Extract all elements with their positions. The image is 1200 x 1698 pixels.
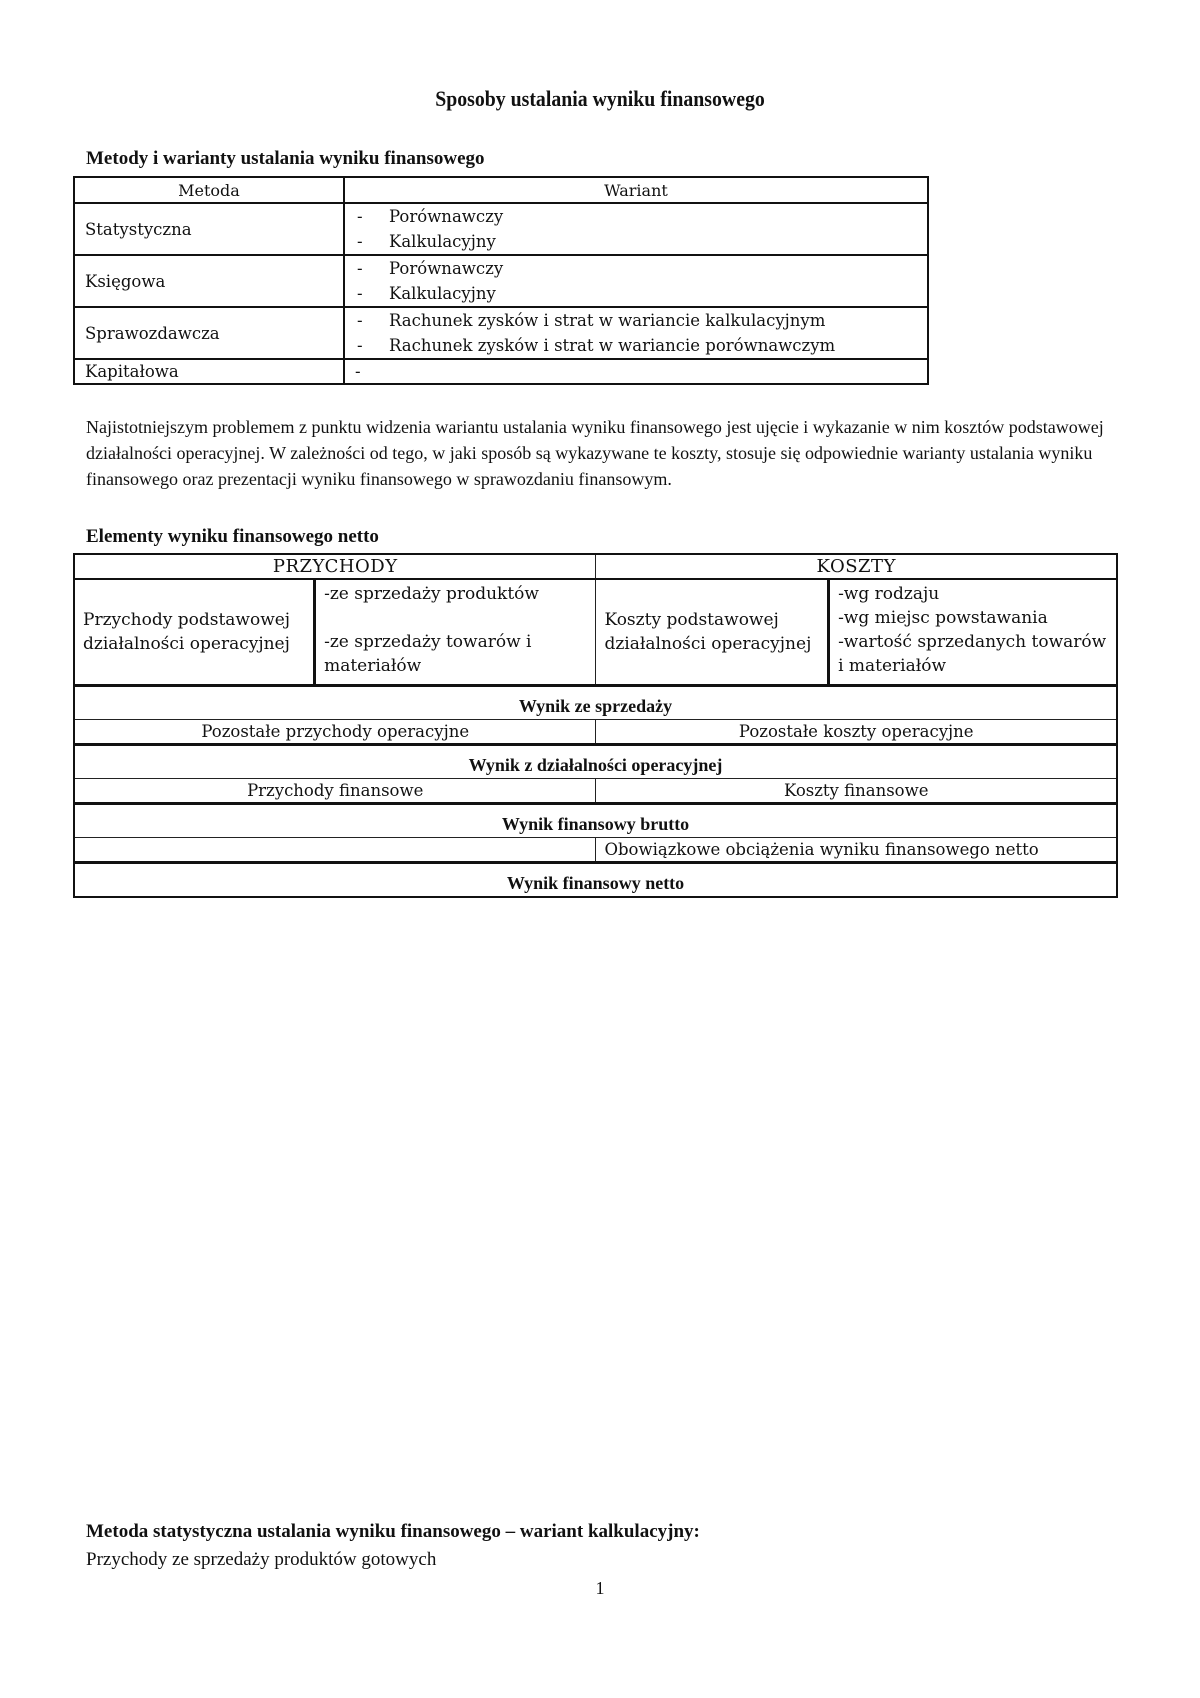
document-title: Sposoby ustalania wyniku finansowego <box>60 86 1140 112</box>
result-row: Wynik ze sprzedaży <box>74 686 1117 720</box>
table-row: Kapitałowa - <box>74 359 928 384</box>
revenue-item: -ze sprzedaży towarów i materiałów <box>324 630 587 678</box>
subsection-text: Przychody ze sprzedaży produktów gotowyc… <box>86 1549 436 1571</box>
section-heading-methods: Metody i warianty ustalania wyniku finan… <box>86 148 485 170</box>
method-cell: Kapitałowa <box>74 359 344 384</box>
revenues-items: -ze sprzedaży produktów -ze sprzedaży to… <box>315 579 596 686</box>
result-label: Wynik finansowy brutto <box>74 804 1117 838</box>
methods-table: Metoda Wariant Statystyczna -Porównawczy… <box>73 176 929 385</box>
table-row: Pozostałe przychody operacyjne Pozostałe… <box>74 720 1117 745</box>
method-cell: Księgowa <box>74 255 344 307</box>
column-header-wariant: Wariant <box>344 177 928 203</box>
variant-cell: -Porównawczy -Kalkulacyjny <box>344 255 928 307</box>
variant-item: Rachunek zysków i strat w wariancie poró… <box>389 333 835 358</box>
table-header-row: Metoda Wariant <box>74 177 928 203</box>
table-row: Obowiązkowe obciążenia wyniku finansoweg… <box>74 838 1117 863</box>
cost-item: -wg rodzaju <box>838 582 1108 606</box>
left-item: Przychody finansowe <box>74 779 596 804</box>
variant-item: Porównawczy <box>389 256 503 281</box>
variant-cell: - <box>344 359 928 384</box>
table-row: Księgowa -Porównawczy -Kalkulacyjny <box>74 255 928 307</box>
result-label: Wynik ze sprzedaży <box>74 686 1117 720</box>
result-row: Wynik finansowy netto <box>74 863 1117 898</box>
final-result-label: Wynik finansowy netto <box>74 863 1117 898</box>
table-row: Przychody finansowe Koszty finansowe <box>74 779 1117 804</box>
right-item: Obowiązkowe obciążenia wyniku finansoweg… <box>596 838 1117 863</box>
variant-cell: -Porównawczy -Kalkulacyjny <box>344 203 928 255</box>
variant-item: Kalkulacyjny <box>389 281 496 306</box>
costs-header: KOSZTY <box>596 554 1117 579</box>
result-label: Wynik z działalności operacyjnej <box>74 745 1117 779</box>
section-heading-elements: Elementy wyniku finansowego netto <box>86 526 379 548</box>
table-row: Sprawozdawcza -Rachunek zysków i strat w… <box>74 307 928 359</box>
variant-item: Rachunek zysków i strat w wariancie kalk… <box>389 308 825 333</box>
costs-items: -wg rodzaju -wg miejsc powstawania -wart… <box>829 579 1117 686</box>
table-header-row: PRZYCHODY KOSZTY <box>74 554 1117 579</box>
section-heading-statistical-method: Metoda statystyczna ustalania wyniku fin… <box>86 1521 700 1543</box>
left-item <box>74 838 596 863</box>
column-header-metoda: Metoda <box>74 177 344 203</box>
result-row: Wynik finansowy brutto <box>74 804 1117 838</box>
left-item: Pozostałe przychody operacyjne <box>74 720 596 745</box>
cost-item: -wg miejsc powstawania <box>838 606 1108 630</box>
method-cell: Statystyczna <box>74 203 344 255</box>
table-row: Przychody podstawowej działalności opera… <box>74 579 1117 686</box>
costs-label: Koszty podstawowej działalności operacyj… <box>596 579 829 686</box>
result-row: Wynik z działalności operacyjnej <box>74 745 1117 779</box>
variant-cell: -Rachunek zysków i strat w wariancie kal… <box>344 307 928 359</box>
page-number: 1 <box>0 1578 1200 1599</box>
method-cell: Sprawozdawcza <box>74 307 344 359</box>
right-item: Koszty finansowe <box>596 779 1117 804</box>
body-paragraph: Najistotniejszym problemem z punktu widz… <box>86 414 1136 492</box>
right-item: Pozostałe koszty operacyjne <box>596 720 1117 745</box>
revenue-item: -ze sprzedaży produktów <box>324 582 587 630</box>
variant-item: Kalkulacyjny <box>389 229 496 254</box>
cost-item: -wartość sprzedanych towarów i materiałó… <box>838 630 1108 678</box>
revenues-label: Przychody podstawowej działalności opera… <box>74 579 315 686</box>
financial-result-table: PRZYCHODY KOSZTY Przychody podstawowej d… <box>73 553 1118 898</box>
table-row: Statystyczna -Porównawczy -Kalkulacyjny <box>74 203 928 255</box>
revenues-header: PRZYCHODY <box>74 554 596 579</box>
variant-item: Porównawczy <box>389 204 503 229</box>
